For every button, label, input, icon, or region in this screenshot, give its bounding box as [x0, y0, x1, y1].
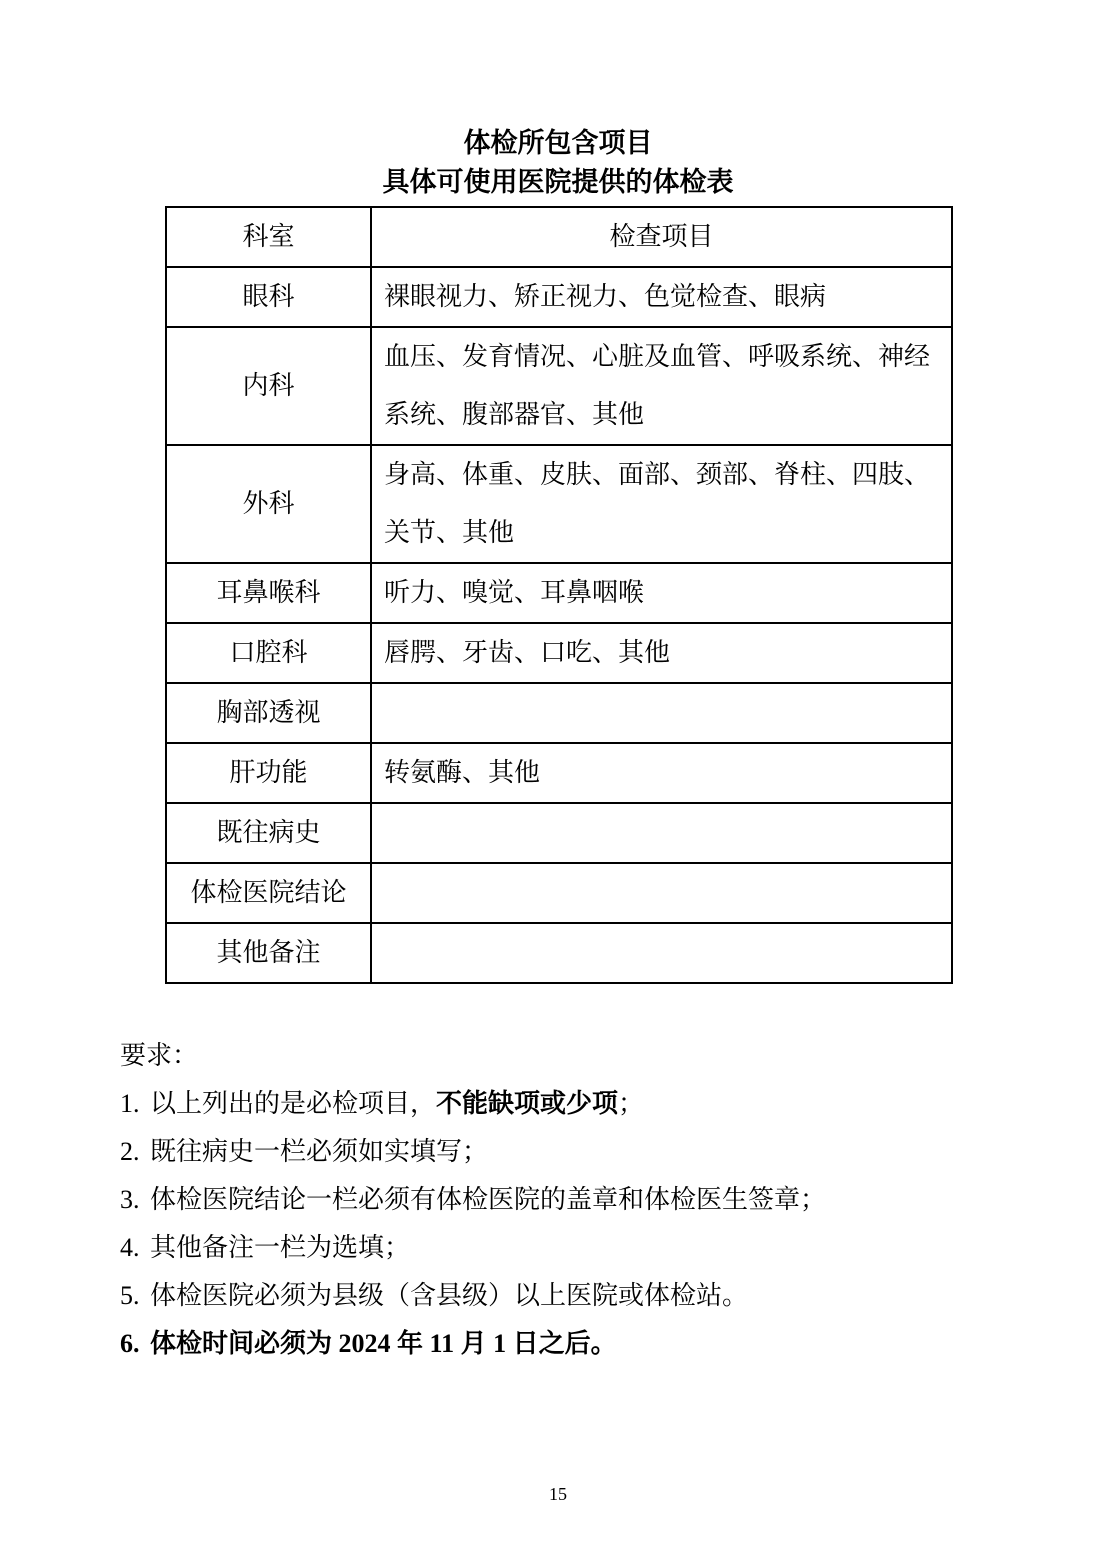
- table-row: 外科 身高、体重、皮肤、面部、颈部、脊柱、四肢、关节、其他: [166, 445, 952, 563]
- table-row: 肝功能 转氨酶、其他: [166, 743, 952, 803]
- table-row: 其他备注: [166, 923, 952, 983]
- requirement-number: 1.: [120, 1080, 140, 1128]
- exam-items-cell: [371, 863, 952, 923]
- requirement-item: 3. 体检医院结论一栏必须有体检医院的盖章和体检医生签章；: [120, 1176, 1000, 1224]
- requirement-item: 2. 既往病史一栏必须如实填写；: [120, 1128, 1000, 1176]
- page-number: 15: [165, 1483, 951, 1505]
- table-row: 耳鼻喉科 听力、嗅觉、耳鼻咽喉: [166, 563, 952, 623]
- exam-items-table: 科室 检查项目 眼科 裸眼视力、矫正视力、色觉检查、眼病 内科 血压、发育情况、…: [165, 206, 953, 984]
- department-cell: 外科: [166, 445, 371, 563]
- department-cell: 眼科: [166, 267, 371, 327]
- table-header-exam-items: 检查项目: [371, 207, 952, 267]
- exam-items-cell: 裸眼视力、矫正视力、色觉检查、眼病: [371, 267, 952, 327]
- requirement-number: 5.: [120, 1272, 140, 1320]
- department-cell: 胸部透视: [166, 683, 371, 743]
- table-row: 体检医院结论: [166, 863, 952, 923]
- department-cell: 其他备注: [166, 923, 371, 983]
- requirement-text-segment: 体检医院必须为县级（含县级）以上医院或体检站。: [150, 1281, 748, 1310]
- requirement-text: 体检医院必须为县级（含县级）以上医院或体检站。: [150, 1281, 748, 1310]
- page-title: 体检所包含项目: [165, 127, 951, 159]
- exam-items-cell: [371, 803, 952, 863]
- table-row: 眼科 裸眼视力、矫正视力、色觉检查、眼病: [166, 267, 952, 327]
- page-subtitle: 具体可使用医院提供的体检表: [165, 165, 951, 199]
- department-cell: 既往病史: [166, 803, 371, 863]
- requirement-number: 6.: [120, 1320, 140, 1368]
- table-header-row: 科室 检查项目: [166, 207, 952, 267]
- exam-items-cell: [371, 923, 952, 983]
- requirements-list: 1. 以上列出的是必检项目，不能缺项或少项； 2. 既往病史一栏必须如实填写； …: [120, 1080, 1000, 1368]
- requirement-text: 既往病史一栏必须如实填写；: [150, 1137, 488, 1166]
- table-row: 内科 血压、发育情况、心脏及血管、呼吸系统、神经系统、腹部器官、其他: [166, 327, 952, 445]
- requirement-text-segment: 既往病史一栏必须如实填写；: [150, 1137, 488, 1166]
- department-cell: 内科: [166, 327, 371, 445]
- requirement-text: 其他备注一栏为选填；: [150, 1233, 410, 1262]
- exam-items-cell: 听力、嗅觉、耳鼻咽喉: [371, 563, 952, 623]
- document-page: 体检所包含项目 具体可使用医院提供的体检表 科室 检查项目 眼科 裸眼视力、矫正…: [0, 0, 1102, 1559]
- requirement-text-segment: 以上列出的是必检项目，: [150, 1089, 436, 1118]
- requirement-text-segment: ；: [618, 1089, 644, 1118]
- department-cell: 口腔科: [166, 623, 371, 683]
- exam-items-cell: 唇腭、牙齿、口吃、其他: [371, 623, 952, 683]
- table-header-department: 科室: [166, 207, 371, 267]
- table-row: 胸部透视: [166, 683, 952, 743]
- requirement-item: 4. 其他备注一栏为选填；: [120, 1224, 1000, 1272]
- department-cell: 体检医院结论: [166, 863, 371, 923]
- requirement-text-segment: 其他备注一栏为选填；: [150, 1233, 410, 1262]
- exam-items-cell: 身高、体重、皮肤、面部、颈部、脊柱、四肢、关节、其他: [371, 445, 952, 563]
- requirement-text: 体检时间必须为 2024 年 11 月 1 日之后。: [150, 1329, 617, 1358]
- requirements-section: 要求： 1. 以上列出的是必检项目，不能缺项或少项； 2. 既往病史一栏必须如实…: [120, 1032, 1000, 1368]
- exam-items-cell: 血压、发育情况、心脏及血管、呼吸系统、神经系统、腹部器官、其他: [371, 327, 952, 445]
- table-row: 既往病史: [166, 803, 952, 863]
- department-cell: 肝功能: [166, 743, 371, 803]
- requirement-text: 以上列出的是必检项目，不能缺项或少项；: [150, 1089, 644, 1118]
- requirement-number: 2.: [120, 1128, 140, 1176]
- requirement-text-segment: 体检医院结论一栏必须有体检医院的盖章和体检医生签章；: [150, 1185, 826, 1214]
- requirement-number: 3.: [120, 1176, 140, 1224]
- requirement-item: 6. 体检时间必须为 2024 年 11 月 1 日之后。: [120, 1320, 1000, 1368]
- requirements-heading: 要求：: [120, 1032, 1000, 1080]
- requirement-item: 5. 体检医院必须为县级（含县级）以上医院或体检站。: [120, 1272, 1000, 1320]
- table-row: 口腔科 唇腭、牙齿、口吃、其他: [166, 623, 952, 683]
- requirement-text: 体检医院结论一栏必须有体检医院的盖章和体检医生签章；: [150, 1185, 826, 1214]
- exam-items-cell: 转氨酶、其他: [371, 743, 952, 803]
- requirement-item: 1. 以上列出的是必检项目，不能缺项或少项；: [120, 1080, 1000, 1128]
- requirement-text-segment: 体检时间必须为 2024 年 11 月 1 日之后。: [150, 1329, 617, 1358]
- requirement-text-segment: 不能缺项或少项: [436, 1089, 618, 1118]
- exam-items-cell: [371, 683, 952, 743]
- department-cell: 耳鼻喉科: [166, 563, 371, 623]
- requirement-number: 4.: [120, 1224, 140, 1272]
